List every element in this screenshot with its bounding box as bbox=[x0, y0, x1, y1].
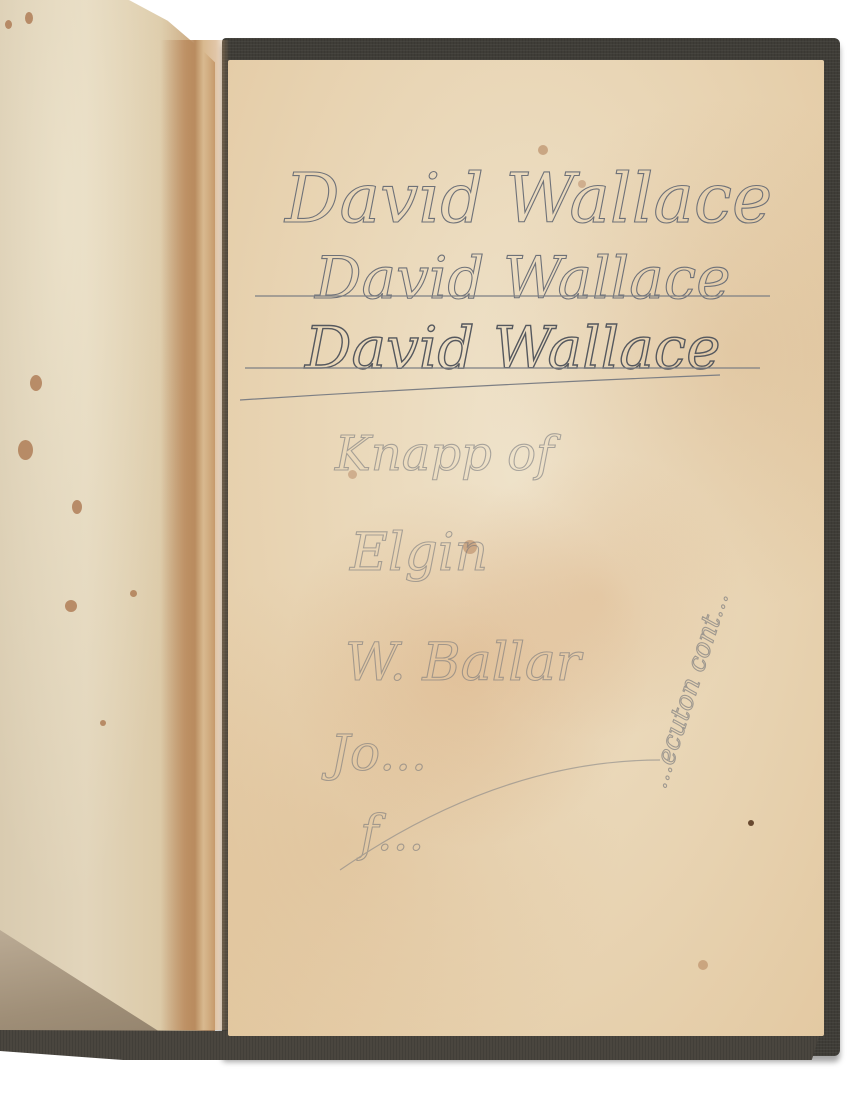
foxing-spot bbox=[463, 540, 477, 554]
foxing-spot bbox=[348, 470, 357, 479]
foxing-spot bbox=[25, 12, 33, 24]
foxing-spot bbox=[578, 180, 586, 188]
foxing-spot bbox=[65, 600, 77, 612]
foxing-spot bbox=[18, 440, 33, 460]
foxing-spot bbox=[748, 820, 754, 826]
foxing-spot bbox=[5, 20, 12, 29]
foxing-spot bbox=[30, 375, 42, 391]
book-photo: David Wallace David Wallace David Wallac… bbox=[0, 0, 862, 1100]
foxing-spot bbox=[538, 145, 548, 155]
foxing-spot bbox=[72, 500, 82, 514]
foxing-spot bbox=[698, 960, 708, 970]
foxing-spot bbox=[100, 720, 106, 726]
book-gutter bbox=[160, 40, 230, 1030]
foxing-spot bbox=[130, 590, 137, 597]
right-pastedown bbox=[228, 60, 824, 1036]
